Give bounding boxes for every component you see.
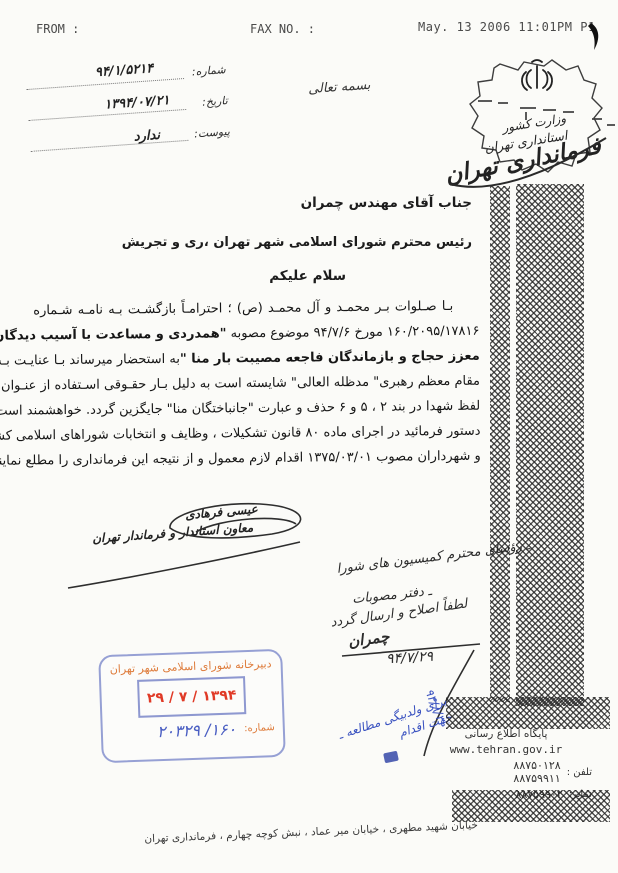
body-line: و شهرداران مصوب ۱۳۷۵/۰۳/۰۱ اقدام لازم مع… xyxy=(35,444,481,474)
scan-artifact-band xyxy=(490,186,510,702)
fax-from-label: FROM : xyxy=(36,22,79,36)
phone-row: تلفن : ۸۸۷۵۰۱۲۸ ۸۸۷۵۹۹۱۱ xyxy=(420,759,592,785)
body-line-run: ۱۶۰/۲۰۹۵/۱۷۸۱۶ مورخ ۹۴/۷/۶ موضوع مصوبه xyxy=(226,324,479,342)
fax-number-label: FAX NO. : xyxy=(250,22,315,36)
dotted-line xyxy=(26,78,184,90)
dotted-line xyxy=(31,140,189,152)
stamp-number-value: ۱۶۰/ ۲۰۳۲۹ xyxy=(157,719,237,741)
scan-artifact-patch xyxy=(446,697,610,729)
fax-document-page: FROM : FAX NO. : May. 13 2006 11:01PM P1… xyxy=(0,0,618,873)
blue-ink-stamp-mark xyxy=(383,751,399,764)
scan-artifact-band xyxy=(516,184,584,706)
attachment-label: پیوست: xyxy=(194,125,231,140)
number-value: ۹۴/۱/۵۲۱۴ xyxy=(95,61,154,80)
stamp-date: ۱۳۹۴ / ۷ / ۲۹ xyxy=(147,687,237,706)
attachment-value: ندارد xyxy=(133,128,160,145)
scan-artifact-patch xyxy=(452,790,610,822)
date-label: تاریخ: xyxy=(202,94,228,109)
website-url: www.tehran.gov.ir xyxy=(420,743,592,756)
ink-blot-mark xyxy=(585,22,605,52)
signer-title: معاون استاندار و فرماندار تهران xyxy=(92,520,254,545)
letterhead: وزارت کشور استانداری تهران فرمانداری تهر… xyxy=(448,54,614,194)
stamp-number-label: شماره: xyxy=(244,722,275,734)
addressee-name: جناب آقای مهندس چمران xyxy=(222,195,472,211)
salutation-text: سلام علیکم xyxy=(269,268,346,284)
stamp-title: دبیرخانه شورای اسلامی شهر تهران xyxy=(100,657,280,676)
stamp-date-box: ۱۳۹۴ / ۷ / ۲۹ xyxy=(137,676,246,718)
stamp-number-row: شماره: ۱۶۰/ ۲۰۳۲۹ xyxy=(103,718,284,743)
phone-number-1: ۸۸۷۵۰۱۲۸ xyxy=(513,759,560,772)
signer-name: عیسی فرهادی xyxy=(185,502,259,522)
date-value: ۱۳۹۴/۰۷/۲۱ xyxy=(104,93,170,113)
body-line-run-bold: معزز حجاج و بازماندگان فاجعه مصیبت بار م… xyxy=(180,349,480,367)
body-line-run: به استحضار میرساند بـا عنایـت بـه پیـام … xyxy=(0,352,180,370)
reference-block: شماره: ۹۴/۱/۵۲۱۴ تاریخ: ۱۳۹۴/۰۷/۲۱ پیوست… xyxy=(25,55,231,162)
besmele-text: بسمه تعالی xyxy=(308,78,371,97)
routing-note-date: ۹۴/۷/۲۹ xyxy=(386,649,434,667)
number-label: شماره: xyxy=(191,63,226,78)
fax-transmission-header: FROM : FAX NO. : May. 13 2006 11:01PM P1 xyxy=(0,18,618,48)
addressee-block: جناب آقای مهندس چمران رئیس محترم شورای ا… xyxy=(222,195,472,250)
addressee-title: رئیس محترم شورای اسلامی شهر تهران ،ری و … xyxy=(222,235,472,250)
council-secretariat-stamp: دبیرخانه شورای اسلامی شهر تهران ۱۳۹۴ / ۷… xyxy=(98,649,286,763)
phone-number-2: ۸۸۷۵۹۹۱۱ xyxy=(513,772,560,785)
fax-timestamp: May. 13 2006 11:01PM P1 xyxy=(418,20,596,34)
phone-label: تلفن : xyxy=(567,767,592,778)
routing-note-signature: چمران xyxy=(347,627,391,651)
footer-address: خیابان شهید مطهری ، خیابان میر عماد ، نب… xyxy=(58,819,478,849)
body-line-run-bold: "همدردی و مساعدت با آسیب دیدگان و خانواد… xyxy=(0,326,227,344)
iran-emblem-icon xyxy=(518,58,556,96)
website-label: پایگاه اطلاع رسانی xyxy=(420,728,592,740)
letter-body: بـا صـلوات بـر محمـد و آل محمـد (ص) ؛ اح… xyxy=(33,294,481,474)
body-line: بـا صـلوات بـر محمـد و آل محمـد (ص) ؛ اح… xyxy=(33,294,479,324)
